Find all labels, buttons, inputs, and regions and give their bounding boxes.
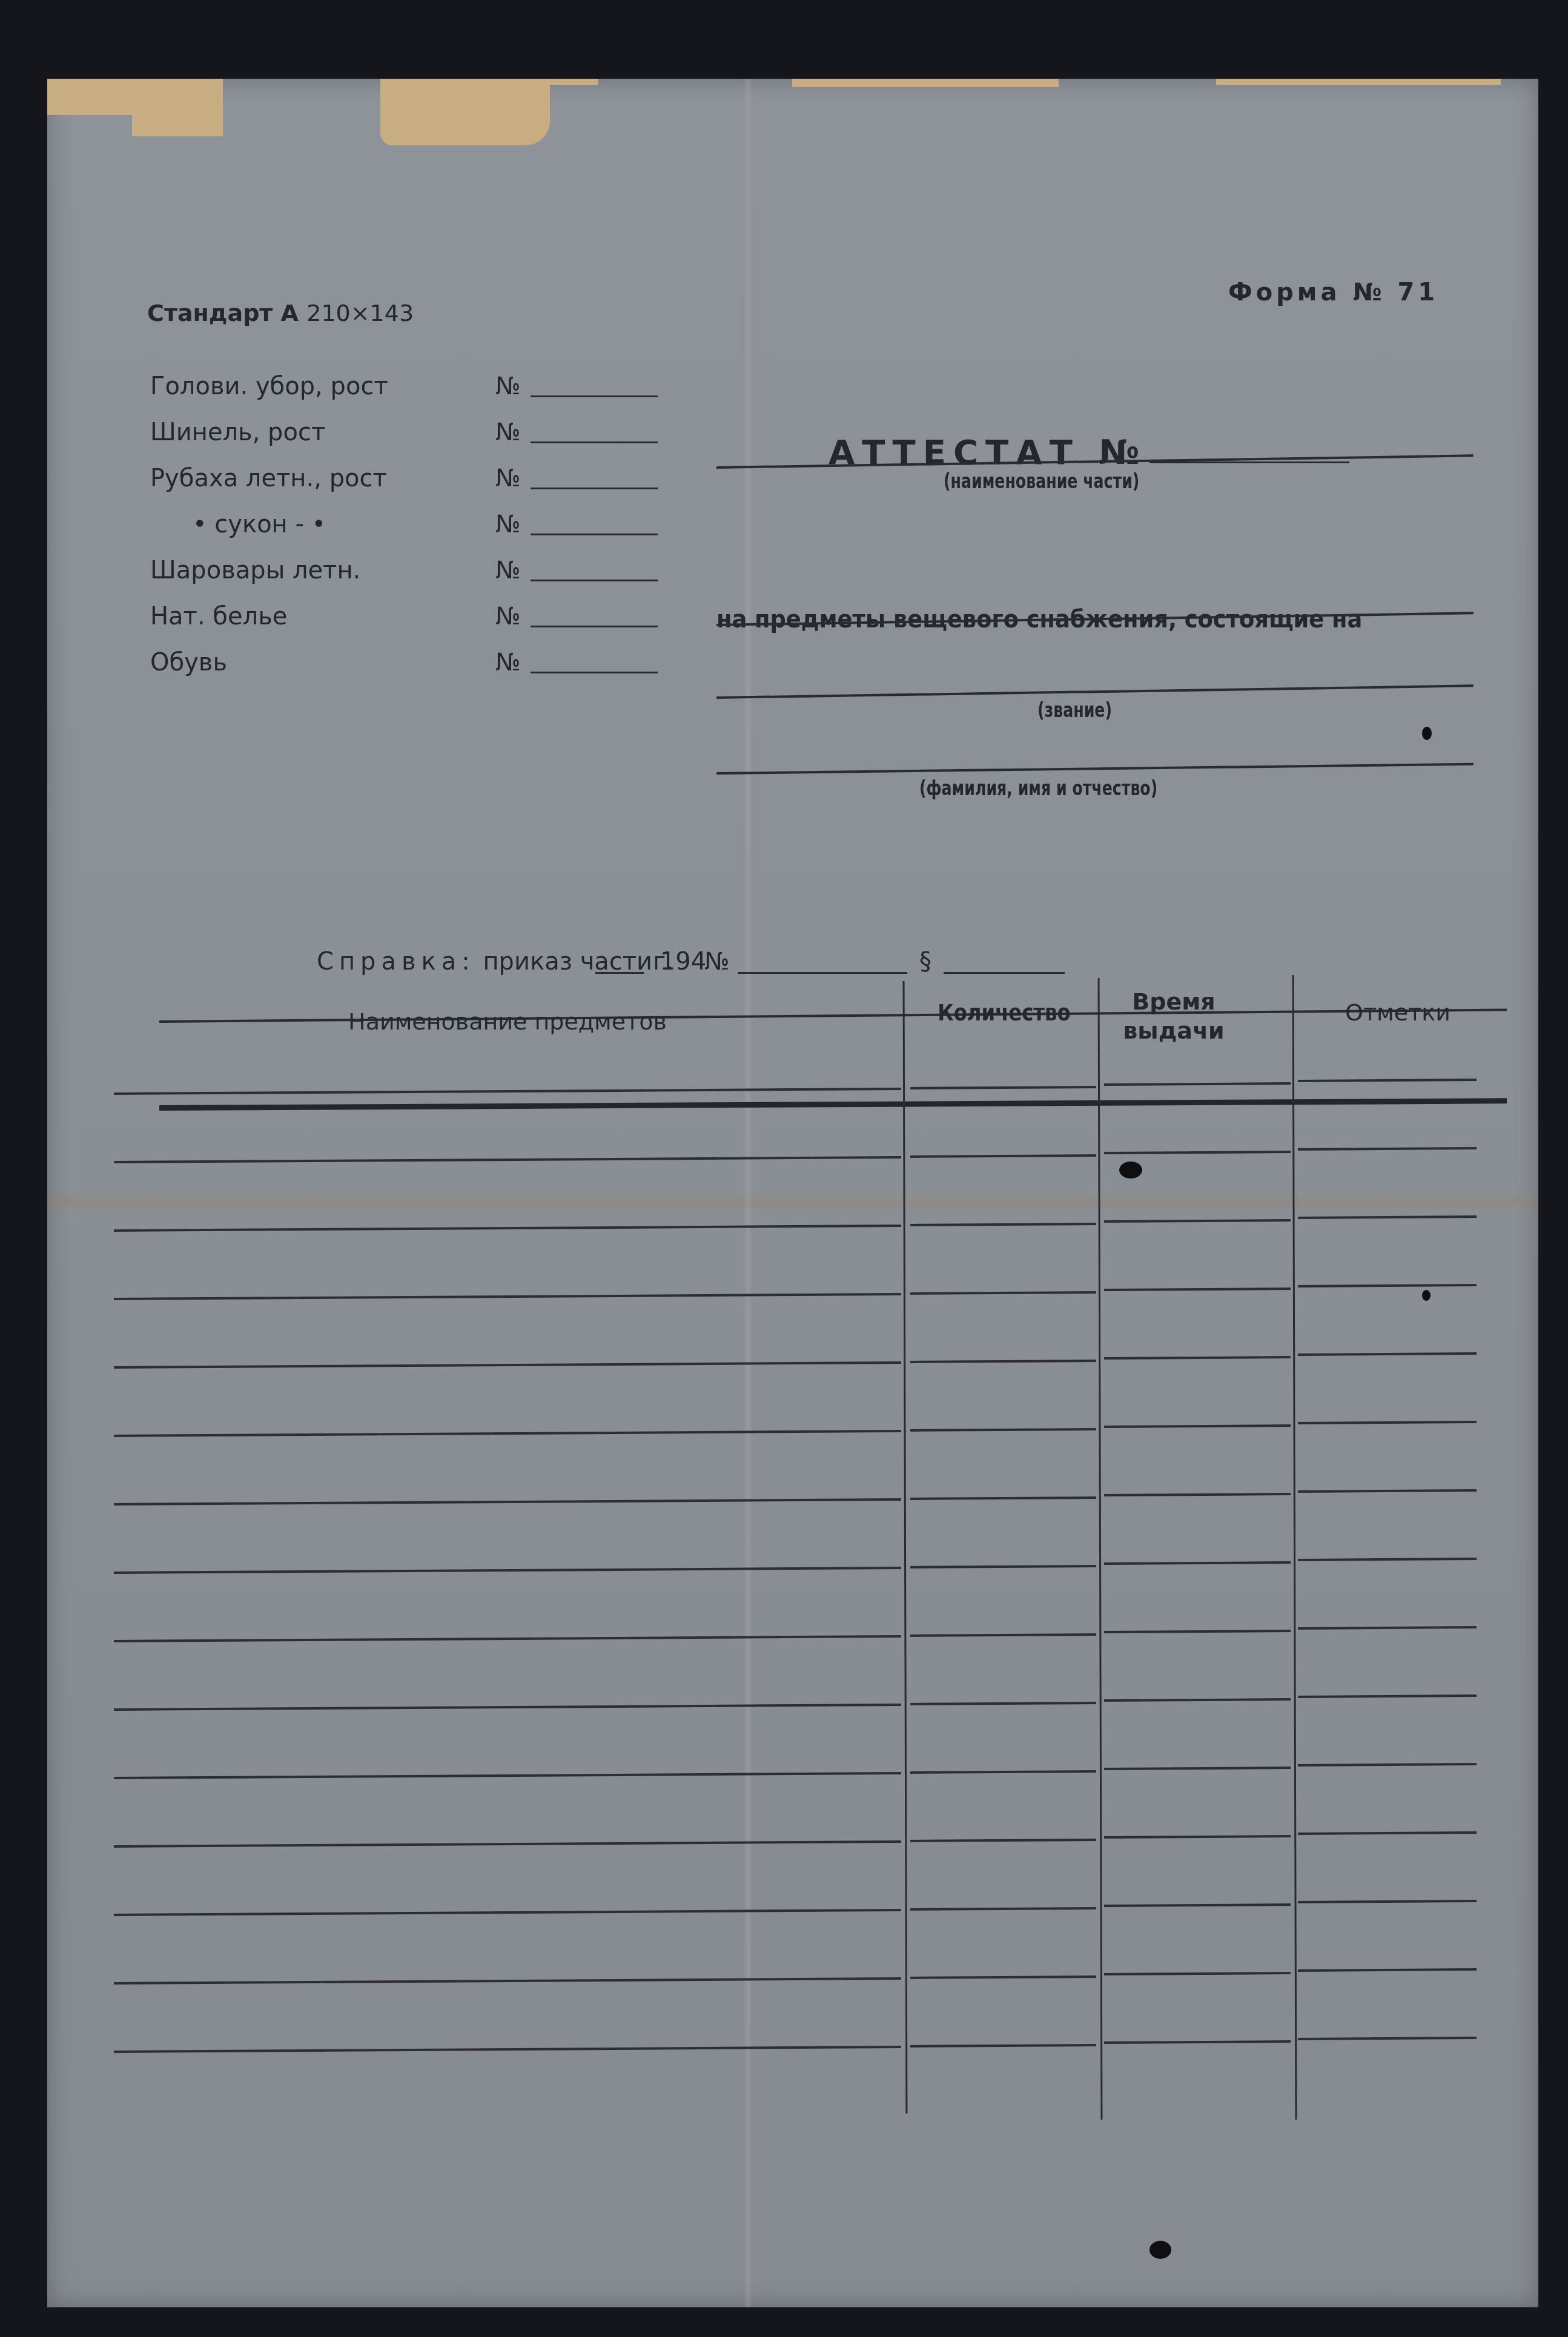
column-header-item-name: Наименование предметов [326, 1008, 689, 1035]
size-field[interactable] [531, 488, 658, 489]
row-rule [114, 1772, 901, 1779]
table-header-border [159, 1098, 1507, 1111]
row-rule [114, 1225, 901, 1232]
number-sign: № [495, 372, 521, 400]
row-rule [114, 1840, 901, 1848]
row-rule [910, 1770, 1096, 1774]
column-header-notes: Отметки [1319, 999, 1477, 1026]
row-rule [1298, 1147, 1477, 1151]
row-rule [1104, 2040, 1291, 2044]
row-rule [910, 1223, 1096, 1226]
size-field[interactable] [531, 626, 658, 627]
row-rule [1298, 1421, 1477, 1424]
row-rule [114, 1156, 901, 1163]
size-list: Голови. убор, рост № Шинель, рост № Руба… [150, 372, 671, 695]
row-rule [1298, 1489, 1477, 1493]
rank-caption: (звание) [1037, 698, 1112, 722]
row-rule [1104, 1903, 1291, 1907]
number-sign: № [495, 464, 521, 492]
row-rule [1298, 1079, 1477, 1082]
order-label: Справка: [317, 948, 475, 976]
row-rule [910, 1154, 1096, 1158]
row-rule [114, 1635, 901, 1642]
row-rule [910, 1291, 1096, 1295]
column-header-quantity: Количество [924, 999, 1084, 1026]
rank-field[interactable] [716, 684, 1474, 699]
size-row-wool-shirt: • сукон - • № [150, 511, 671, 557]
size-label: Рубаха летн., рост [150, 464, 387, 492]
standard-label-text: Стандарт А [147, 300, 299, 326]
column-divider [1292, 975, 1297, 2120]
number-sign: № [495, 511, 521, 538]
size-field[interactable] [531, 672, 658, 673]
row-rule [910, 1086, 1096, 1089]
torn-edge [792, 79, 1059, 87]
row-rule [910, 1839, 1096, 1842]
row-rule [1104, 1082, 1291, 1086]
punch-hole [1422, 1290, 1431, 1301]
row-rule [114, 1977, 901, 1985]
punch-hole [1150, 2241, 1171, 2259]
size-field[interactable] [531, 580, 658, 581]
order-number-field[interactable] [738, 972, 907, 974]
row-rule [1104, 1493, 1291, 1496]
row-rule [1104, 1424, 1291, 1428]
row-rule [1104, 1767, 1291, 1770]
row-rule [1104, 1561, 1291, 1565]
row-rule [1298, 1626, 1477, 1630]
row-rule [910, 1360, 1096, 1363]
title-text: АТТЕСТАТ [829, 433, 1080, 472]
size-label: Нат. белье [150, 603, 287, 630]
standard-size: 210×143 [306, 300, 414, 326]
number-sign: № [495, 418, 521, 446]
ink-blot [1119, 1162, 1142, 1178]
number-sign: № [1099, 433, 1146, 472]
row-rule [114, 1361, 901, 1369]
row-rule [114, 1088, 901, 1095]
row-rule [910, 1428, 1096, 1432]
unit-name-caption: (наименование части) [944, 469, 1139, 493]
number-sign: № [495, 557, 521, 584]
row-rule [910, 1565, 1096, 1568]
row-rule [1298, 2037, 1477, 2040]
row-rule [114, 1430, 901, 1437]
row-rule [910, 1975, 1096, 1979]
row-rule [1104, 1698, 1291, 1702]
row-rule [1104, 1287, 1291, 1291]
torn-edge [47, 79, 132, 115]
certificate-number-field[interactable] [1150, 461, 1349, 463]
size-label: • сукон - • [193, 511, 326, 538]
row-rule [1298, 1215, 1477, 1219]
row-rule [114, 1498, 901, 1506]
row-rule [114, 1567, 901, 1574]
number-sign: № [495, 649, 521, 676]
row-rule [910, 1633, 1096, 1637]
form-number: Форма № 71 [1228, 279, 1438, 306]
size-row-headgear: Голови. убор, рост № [150, 372, 671, 418]
column-header-issue-time: Время выдачи [1113, 987, 1234, 1045]
size-field[interactable] [531, 441, 658, 443]
column-divider [903, 981, 908, 2114]
row-rule [1298, 1831, 1477, 1835]
row-rule [1298, 1968, 1477, 1972]
full-name-field[interactable] [716, 763, 1474, 775]
size-row-summer-shirt: Рубаха летн., рост № [150, 464, 671, 511]
row-rule [1104, 1356, 1291, 1360]
size-row-underwear: Нат. белье № [150, 603, 671, 649]
document-title: АТТЕСТАТ № [829, 433, 1147, 472]
order-year-field[interactable] [595, 972, 644, 974]
size-row-footwear: Обувь № [150, 649, 671, 695]
row-rule [1298, 1558, 1477, 1561]
row-rule [1298, 1284, 1477, 1287]
size-label: Шаровары летн. [150, 557, 360, 584]
column-divider [1098, 978, 1103, 2120]
torn-edge [1216, 79, 1501, 85]
row-rule [1298, 1352, 1477, 1356]
order-paragraph-field[interactable] [944, 972, 1065, 974]
torn-edge [380, 79, 550, 145]
horizontal-fold-stain [47, 1193, 1538, 1211]
row-rule [1104, 1219, 1291, 1223]
torn-edge [132, 79, 223, 136]
row-rule [910, 2044, 1096, 2048]
year-suffix: г. [653, 948, 673, 976]
row-rule [114, 2046, 901, 2053]
row-rule [1104, 1972, 1291, 1975]
paragraph-sign: § [919, 948, 931, 976]
row-rule [114, 1293, 901, 1300]
row-rule [910, 1702, 1096, 1705]
size-row-greatcoat: Шинель, рост № [150, 418, 671, 464]
row-rule [114, 1909, 901, 1916]
row-rule [1104, 1151, 1291, 1154]
order-number-sign: № [704, 948, 730, 976]
row-rule [1104, 1630, 1291, 1633]
full-name-caption: (фамилия, имя и отчество) [919, 776, 1157, 800]
row-rule [1104, 1835, 1291, 1839]
size-row-summer-trousers: Шаровары летн. № [150, 557, 671, 603]
punch-hole [1422, 727, 1432, 740]
standard-label: Стандарт А 210×143 [147, 300, 414, 326]
size-label: Голови. убор, рост [150, 372, 388, 400]
number-sign: № [495, 603, 521, 630]
row-rule [1298, 1694, 1477, 1698]
torn-edge [544, 79, 598, 85]
size-label: Обувь [150, 649, 227, 676]
size-field[interactable] [531, 534, 658, 535]
size-label: Шинель, рост [150, 418, 325, 446]
row-rule [910, 1907, 1096, 1911]
row-rule [1298, 1900, 1477, 1903]
row-rule [1298, 1763, 1477, 1767]
row-rule [910, 1496, 1096, 1500]
form-paper: Стандарт А 210×143 Форма № 71 Голови. уб… [47, 79, 1538, 2307]
order-reference: Справка: приказ части 194 [317, 948, 706, 976]
size-field[interactable] [531, 395, 658, 397]
row-rule [114, 1704, 901, 1711]
